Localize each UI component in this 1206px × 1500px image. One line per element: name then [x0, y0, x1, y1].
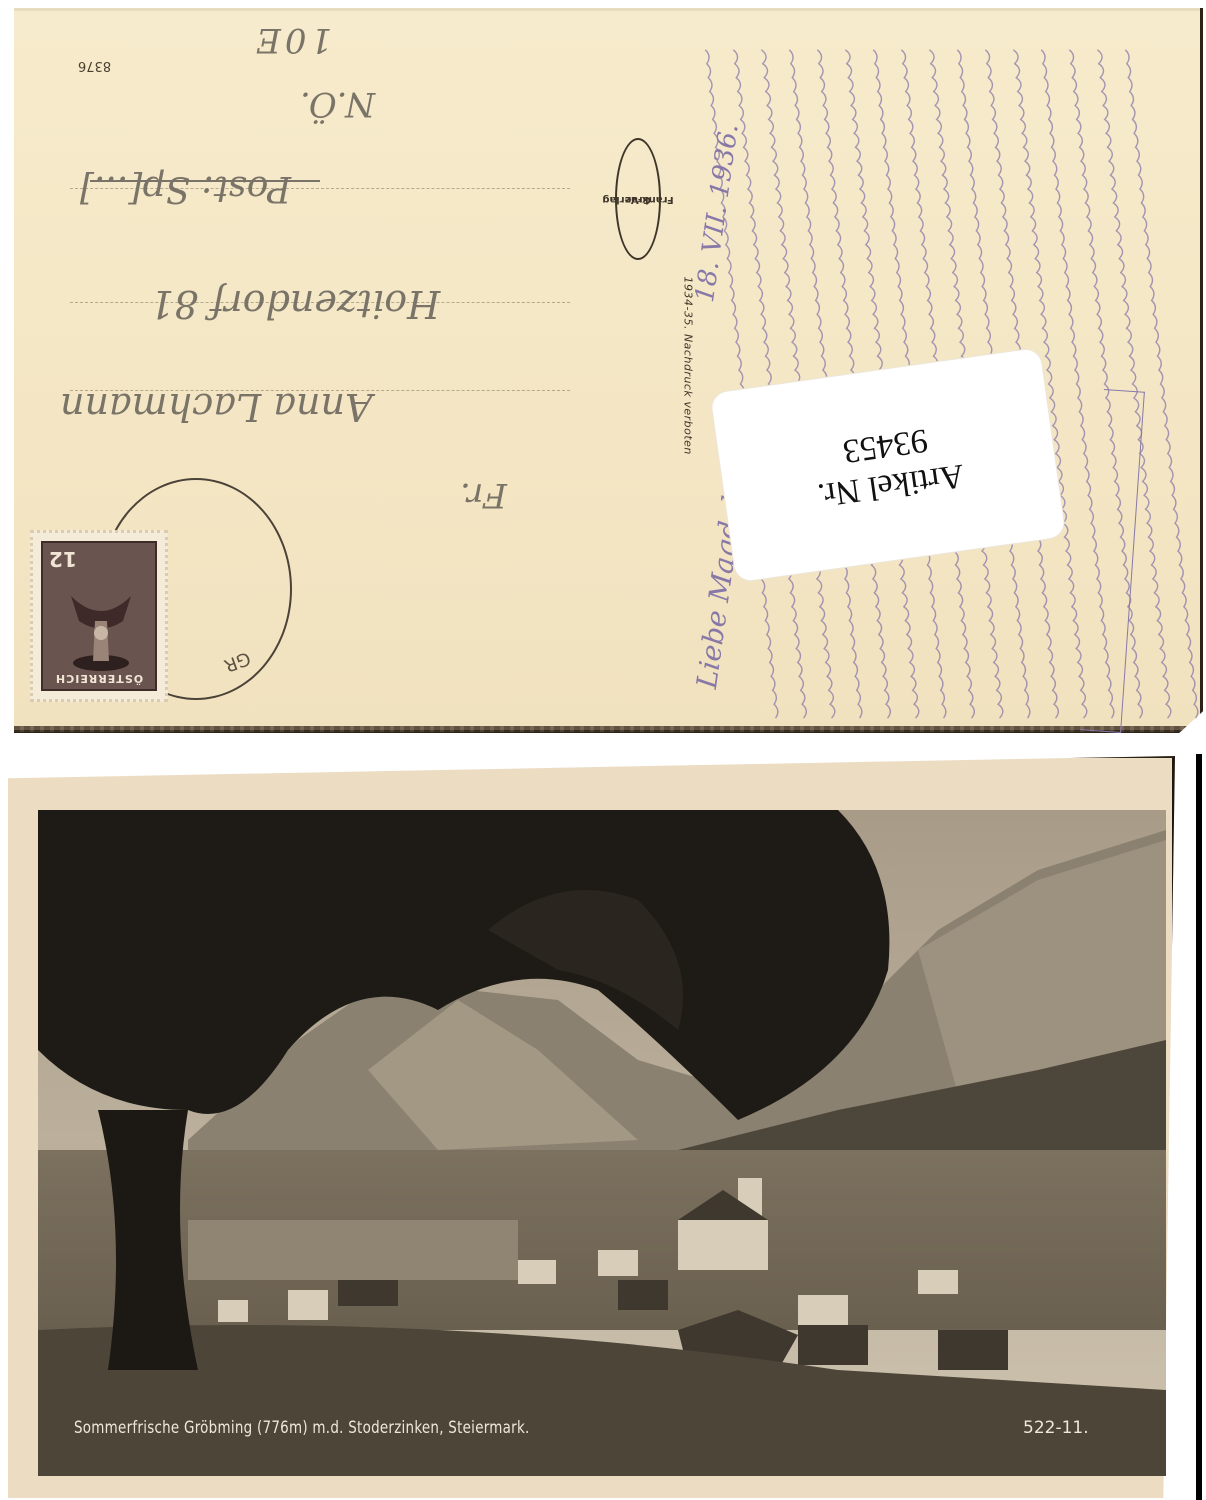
- postmark-text: GR: [221, 647, 253, 676]
- photo-number: 522-11.: [1023, 1418, 1089, 1438]
- stamp-figure-icon: [61, 581, 141, 681]
- address-street: Hoitzendorf 81: [150, 282, 440, 326]
- address-region: N.Ö.: [300, 84, 375, 124]
- address-post: Post: Sp[...]: [80, 168, 291, 209]
- postage-stamp: 12 ÖSTERREICH: [30, 530, 168, 702]
- strikethrough-line: [90, 180, 320, 182]
- stamp-value: 12: [49, 547, 77, 571]
- copyright-note: 1934-35. Nachdruck verboten: [682, 277, 695, 577]
- mountain-village-image: [38, 810, 1166, 1476]
- stamp-image: 12 ÖSTERREICH: [41, 541, 157, 691]
- scan-edge: [1196, 754, 1202, 1500]
- address-salutation: Fr.: [460, 475, 507, 515]
- series-number: 8376: [78, 58, 111, 73]
- address-name: Anna Lachmann: [60, 385, 372, 429]
- stamp-country: ÖSTERREICH: [43, 672, 155, 685]
- deckled-edge: [14, 726, 1200, 732]
- photo-caption: Sommerfrische Gröbming (776m) m.d. Stode…: [74, 1418, 530, 1438]
- pencil-price-mark: 10E: [252, 20, 332, 60]
- landscape-photo: [38, 810, 1166, 1476]
- card-edge: [14, 8, 1200, 11]
- publisher-stamp: Frank-VerlagGraz: [615, 138, 661, 260]
